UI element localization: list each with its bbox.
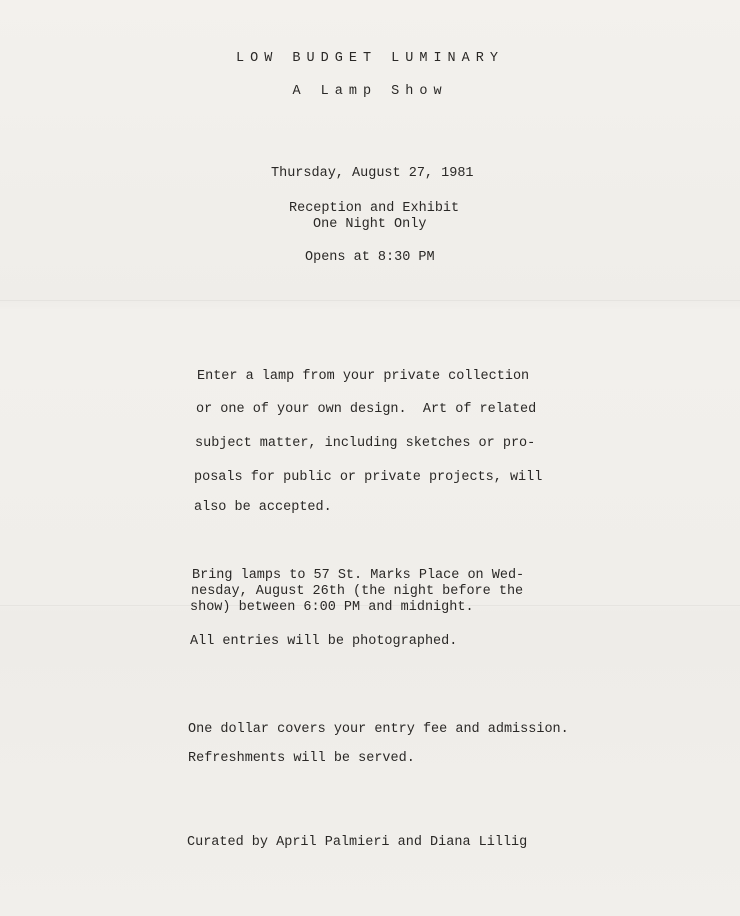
event-opens: Opens at 8:30 PM [305, 250, 435, 265]
dropoff-line: show) between 6:00 PM and midnight. [190, 600, 474, 615]
refreshments-note: Refreshments will be served. [188, 751, 415, 766]
curators-credit: Curated by April Palmieri and Diana Lill… [187, 835, 527, 850]
event-date: Thursday, August 27, 1981 [271, 166, 474, 181]
dropoff-line: Bring lamps to 57 St. Marks Place on Wed… [192, 568, 524, 583]
event-line-2: One Night Only [313, 217, 426, 232]
dropoff-line: nesday, August 26th (the night before th… [191, 584, 523, 599]
flyer-subtitle: A Lamp Show [0, 84, 740, 99]
event-line-1: Reception and Exhibit [289, 201, 459, 216]
flyer-title: LOW BUDGET LUMINARY [0, 51, 740, 66]
entry-line: Enter a lamp from your private collectio… [197, 369, 529, 384]
entry-line: subject matter, including sketches or pr… [195, 436, 535, 451]
paper-fold [0, 300, 740, 301]
entry-line: posals for public or private projects, w… [194, 470, 542, 485]
entry-line: also be accepted. [194, 500, 332, 515]
flyer-page: LOW BUDGET LUMINARY A Lamp Show Thursday… [0, 0, 740, 916]
fee-note: One dollar covers your entry fee and adm… [188, 722, 569, 737]
entry-line: or one of your own design. Art of relate… [196, 402, 536, 417]
photo-note: All entries will be photographed. [190, 634, 457, 649]
